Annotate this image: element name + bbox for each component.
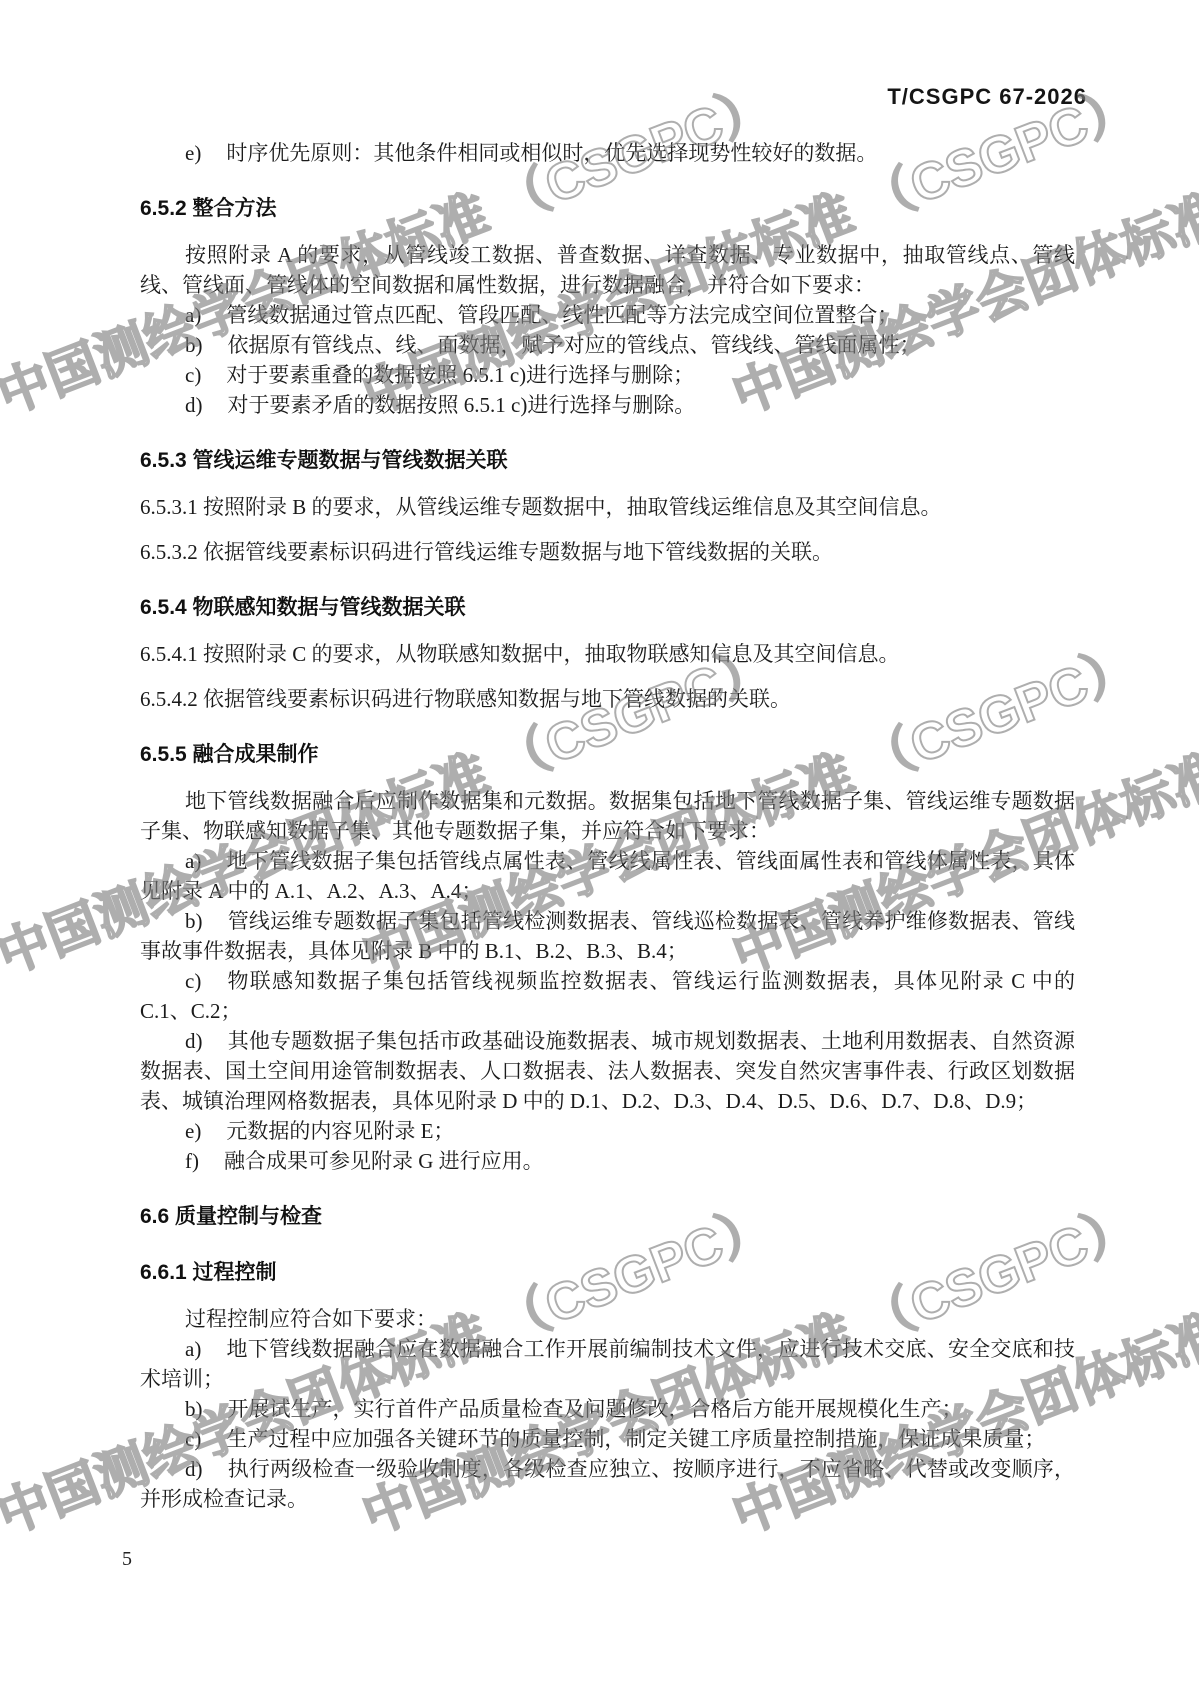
list-item-text: 生产过程中应加强各关键环节的质量控制，制定关键工序质量控制措施，保证成果质量； [226,1427,1045,1451]
list-item-label: d) [185,1029,203,1053]
para: 按照附录 A 的要求，从管线竣工数据、普查数据、详查数据、专业数据中，抽取管线点… [140,240,1075,300]
numbered-para: 6.5.4.1 按照附录 C 的要求，从物联感知数据中，抽取物联感知信息及其空间… [140,639,1075,669]
list-item-text: 元数据的内容见附录 E； [226,1119,454,1143]
list-item-label: e) [185,141,201,165]
list-item-label: b) [185,1397,203,1421]
list-item-label: c) [185,969,201,993]
list-item-label: b) [185,909,203,933]
list-item: a)地下管线数据子集包括管线点属性表、管线线属性表、管线面属性表和管线体属性表，… [140,846,1075,906]
heading: 6.5.5 融合成果制作 [140,740,1075,770]
page-number: 5 [122,1548,132,1571]
list-item: c)生产过程中应加强各关键环节的质量控制，制定关键工序质量控制措施，保证成果质量… [140,1424,1075,1454]
list-item-label: d) [185,393,203,417]
numbered-para: 6.5.3.1 按照附录 B 的要求，从管线运维专题数据中，抽取管线运维信息及其… [140,492,1075,522]
list-item-label: a) [185,1337,201,1361]
list-item-text: 物联感知数据子集包括管线视频监控数据表、管线运行监测数据表，具体见附录 C 中的… [140,969,1075,1023]
list-item: b)依据原有管线点、线、面数据，赋予对应的管线点、管线线、管线面属性； [140,330,1075,360]
heading: 6.6.1 过程控制 [140,1258,1075,1288]
list-item-text: 其他专题数据子集包括市政基础设施数据表、城市规划数据表、土地利用数据表、自然资源… [140,1029,1075,1113]
doc-number: T/CSGPC 67-2026 [887,84,1087,110]
list-item: c)物联感知数据子集包括管线视频监控数据表、管线运行监测数据表，具体见附录 C … [140,966,1075,1026]
list-item-label: f) [185,1149,199,1173]
list-item: a)管线数据通过管点匹配、管段匹配、线性匹配等方法完成空间位置整合； [140,300,1075,330]
list-item-label: a) [185,303,201,327]
list-item-text: 管线运维专题数据子集包括管线检测数据表、管线巡检数据表、管线养护维修数据表、管线… [140,909,1075,963]
list-item-label: b) [185,333,203,357]
list-item-text: 执行两级检查一级验收制度，各级检查应独立、按顺序进行，不应省略、代替或改变顺序，… [140,1457,1075,1511]
list-item-text: 融合成果可参见附录 G 进行应用。 [224,1149,544,1173]
heading: 6.6 质量控制与检查 [140,1202,1075,1232]
list-item: d)执行两级检查一级验收制度，各级检查应独立、按顺序进行，不应省略、代替或改变顺… [140,1454,1075,1514]
list-item-text: 对于要素矛盾的数据按照 6.5.1 c)进行选择与删除。 [228,393,696,417]
list-item-label: d) [185,1457,203,1481]
document-body: e)时序优先原则：其他条件相同或相似时，优先选择现势性较好的数据。6.5.2 整… [140,138,1075,1514]
list-item-label: e) [185,1119,201,1143]
list-item-text: 管线数据通过管点匹配、管段匹配、线性匹配等方法完成空间位置整合； [226,303,898,327]
list-item-text: 依据原有管线点、线、面数据，赋予对应的管线点、管线线、管线面属性； [228,333,921,357]
list-item-text: 时序优先原则：其他条件相同或相似时，优先选择现势性较好的数据。 [226,141,877,165]
list-item: c)对于要素重叠的数据按照 6.5.1 c)进行选择与删除； [140,360,1075,390]
list-item: d)其他专题数据子集包括市政基础设施数据表、城市规划数据表、土地利用数据表、自然… [140,1026,1075,1116]
list-item-label: c) [185,363,201,387]
list-item: f)融合成果可参见附录 G 进行应用。 [140,1146,1075,1176]
list-item-label: c) [185,1427,201,1451]
list-item: b)开展试生产，实行首件产品质量检查及问题修改，合格后方能开展规模化生产； [140,1394,1075,1424]
heading: 6.5.4 物联感知数据与管线数据关联 [140,593,1075,623]
list-item-text: 地下管线数据子集包括管线点属性表、管线线属性表、管线面属性表和管线体属性表，具体… [140,849,1075,903]
list-item-text: 开展试生产，实行首件产品质量检查及问题修改，合格后方能开展规模化生产； [228,1397,963,1421]
list-item-text: 对于要素重叠的数据按照 6.5.1 c)进行选择与删除； [226,363,694,387]
list-item-text: 地下管线数据融合应在数据融合工作开展前编制技术文件，应进行技术交底、安全交底和技… [140,1337,1075,1391]
list-item: e)时序优先原则：其他条件相同或相似时，优先选择现势性较好的数据。 [140,138,1075,168]
heading: 6.5.2 整合方法 [140,194,1075,224]
para: 地下管线数据融合后应制作数据集和元数据。数据集包括地下管线数据子集、管线运维专题… [140,786,1075,846]
numbered-para: 6.5.3.2 依据管线要素标识码进行管线运维专题数据与地下管线数据的关联。 [140,537,1075,567]
list-item: b)管线运维专题数据子集包括管线检测数据表、管线巡检数据表、管线养护维修数据表、… [140,906,1075,966]
list-item: d)对于要素矛盾的数据按照 6.5.1 c)进行选择与删除。 [140,390,1075,420]
list-item-label: a) [185,849,201,873]
para: 过程控制应符合如下要求： [140,1304,1075,1334]
heading: 6.5.3 管线运维专题数据与管线数据关联 [140,446,1075,476]
list-item: e)元数据的内容见附录 E； [140,1116,1075,1146]
numbered-para: 6.5.4.2 依据管线要素标识码进行物联感知数据与地下管线数据的关联。 [140,684,1075,714]
list-item: a)地下管线数据融合应在数据融合工作开展前编制技术文件，应进行技术交底、安全交底… [140,1334,1075,1394]
